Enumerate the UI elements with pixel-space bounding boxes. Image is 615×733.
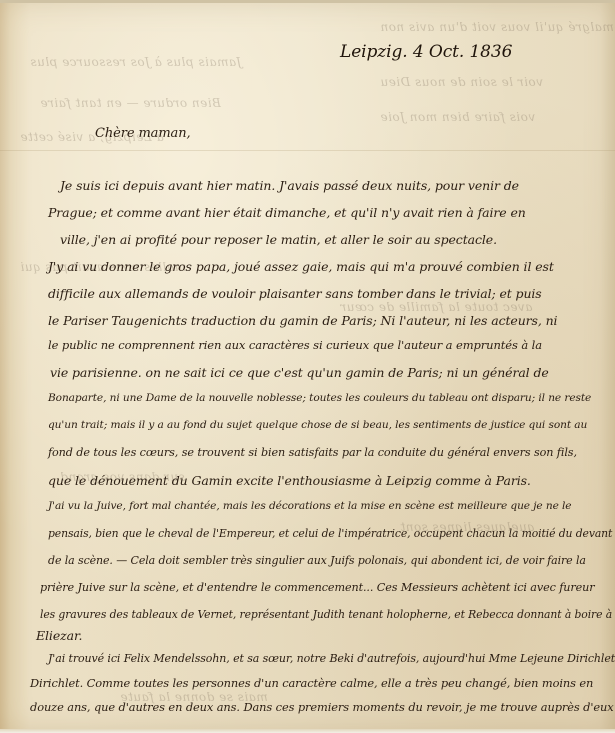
letter-line: le Pariser Taugenichts traduction du gam…	[48, 313, 557, 328]
letter-line: J'ai trouvé ici Felix Mendelssohn, et sa…	[48, 652, 615, 665]
bleed-through-text: vois faire bien mon Joie	[380, 110, 535, 124]
letter-line: Dirichlet. Comme toutes les personnes d'…	[30, 676, 593, 690]
letter-line: difficile aux allemands de vouloir plais…	[48, 286, 542, 301]
salutation: Chère maman,	[95, 126, 191, 141]
bleed-through-text: Jamais plus à Jos ressource plus	[30, 55, 241, 69]
paper-top-edge	[0, 0, 615, 3]
letter-line: prière Juive sur la scène, et d'entendre…	[40, 581, 595, 594]
letter-line: les gravures des tableaux de Vernet, rep…	[40, 608, 612, 621]
letter-line: que le dénouement du Gamin excite l'enth…	[48, 473, 531, 488]
letter-line: Je suis ici depuis avant hier matin. J'a…	[60, 178, 519, 193]
letter-line: le public ne comprennent rien aux caract…	[48, 338, 542, 352]
paper-fold-line	[0, 150, 615, 151]
letter-line: J'y ai vu donner le gros papa, joué asse…	[48, 259, 554, 274]
paper-bottom-edge	[0, 729, 615, 733]
letter-line: J'ai vu la Juive, fort mal chantée, mais…	[48, 500, 571, 512]
bleed-through-text: malgré qu'il vous voit d'un avis non	[380, 20, 614, 34]
letter-line: ville, j'en ai profité pour reposer le m…	[60, 232, 497, 247]
letter-line: Eliezar.	[36, 628, 82, 643]
letter-line: vie parisienne. on ne sait ici ce que c'…	[50, 365, 549, 380]
letter-line: douze ans, que d'autres en deux ans. Dan…	[30, 700, 614, 714]
letter-paper: malgré qu'il vous voit d'un avis non Jam…	[0, 0, 615, 733]
bleed-through-text: avec toute la famille de cœur	[340, 300, 532, 314]
letter-line: de la scène. — Cela doit sembler très si…	[48, 554, 586, 567]
letter-line: fond de tous les cœurs, se trouvent si b…	[48, 446, 577, 459]
letter-line: qu'un trait; mais il y a au fond du suje…	[48, 419, 587, 431]
place-date: Leipzig. 4 Oct. 1836	[340, 42, 512, 62]
letter-line: pensais, bien que le cheval de l'Empereu…	[48, 527, 612, 540]
bleed-through-text: voir le soin de nous Dieu	[380, 75, 543, 89]
letter-line: Bonaparte, ni une Dame de la nouvelle no…	[48, 392, 591, 404]
letter-line: Prague; et comme avant hier était dimanc…	[48, 205, 526, 220]
bleed-through-text: Bien ordure — en tant faire	[40, 96, 221, 110]
